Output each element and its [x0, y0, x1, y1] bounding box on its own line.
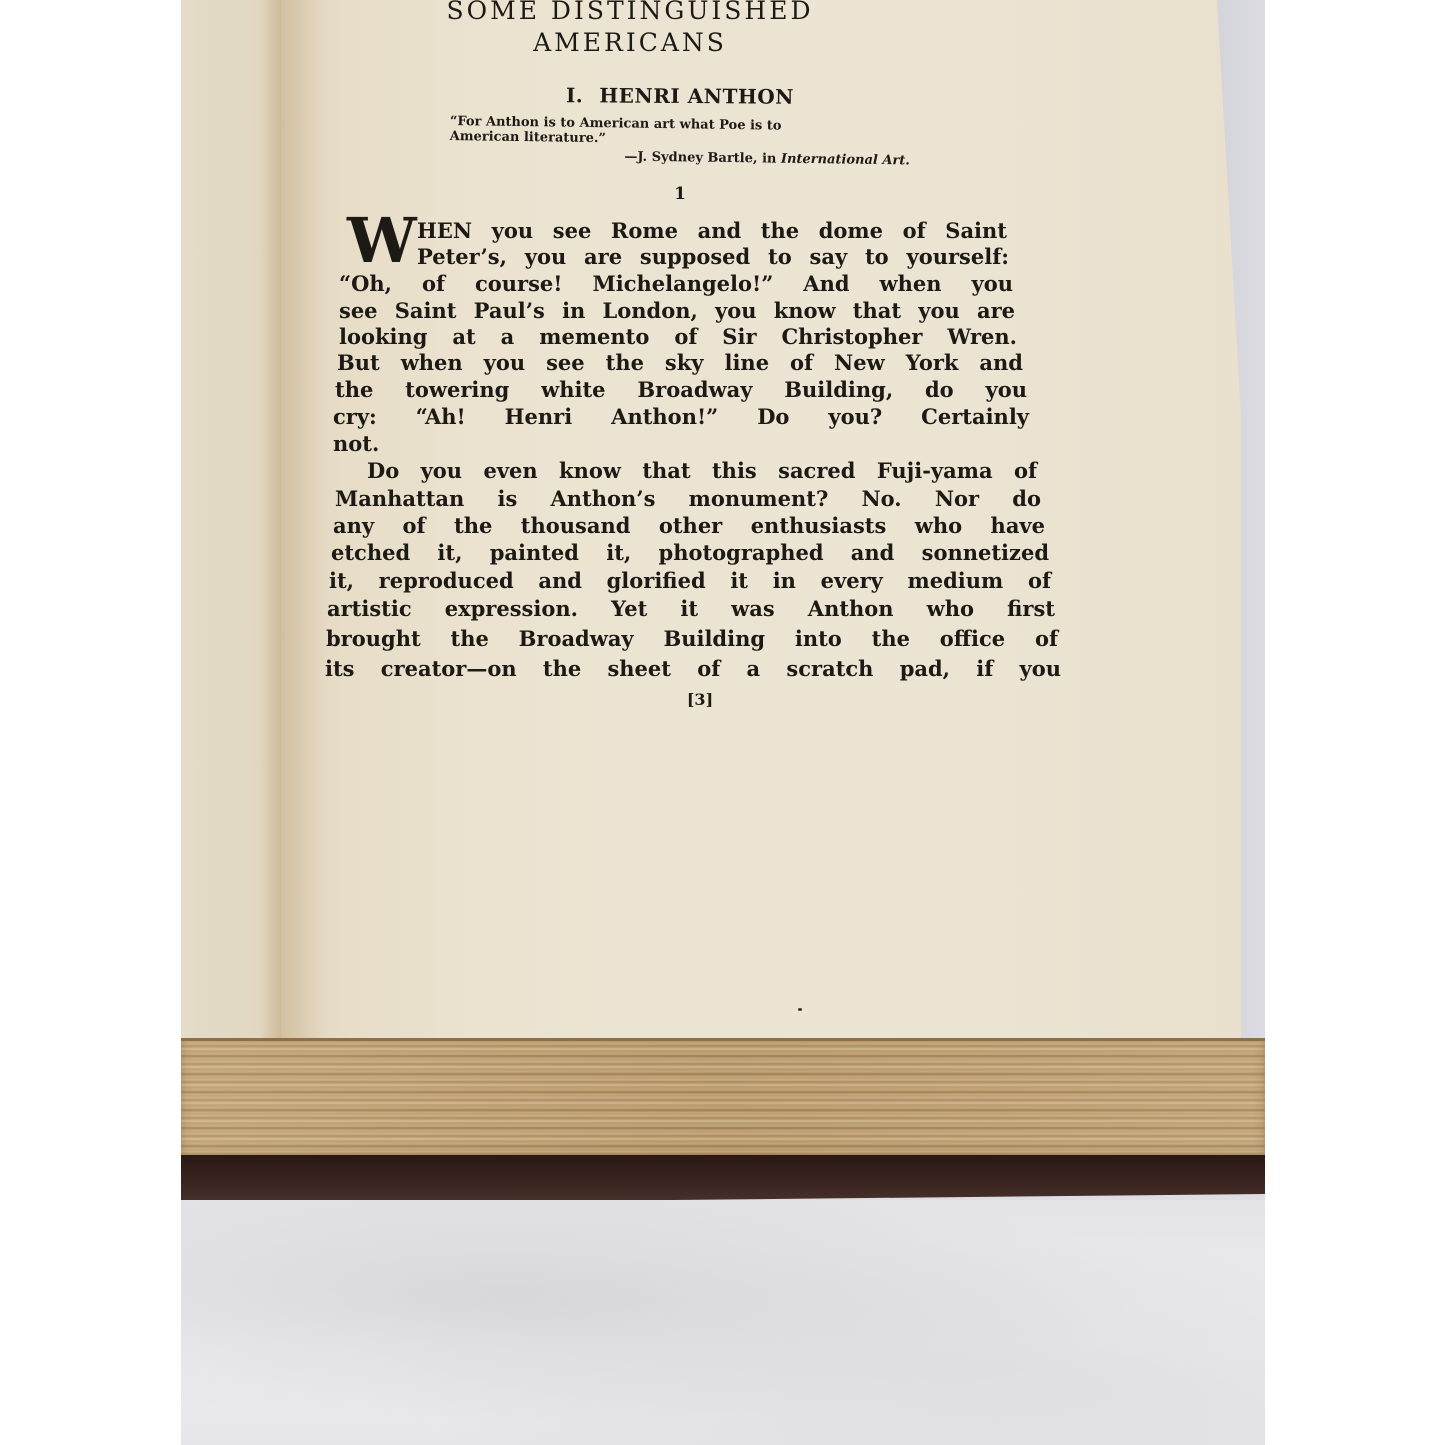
body-line: Manhattan is Anthon’s monument? No. Nor … — [335, 486, 1041, 511]
body-line: HEN you see Rome and the dome of Saint — [417, 218, 1007, 243]
cloth-background — [181, 1200, 1265, 1445]
body-line: it, reproduced and glorified it in every… — [329, 568, 1051, 593]
body-line: the towering white Broadway Building, do… — [335, 377, 1027, 402]
chapter-number: I. — [566, 83, 583, 107]
chapter-title: HENRI ANTHON — [599, 83, 794, 108]
facing-page — [181, 0, 291, 1040]
body-line: But when you see the sky line of New Yor… — [337, 350, 1023, 375]
body-line: looking at a memento of Sir Christopher … — [339, 324, 1017, 349]
page-number: [3] — [660, 690, 740, 709]
chapter-heading: I.HENRI ANTHON — [330, 82, 1030, 111]
body-line: Peter’s, you are supposed to say to your… — [417, 244, 1009, 269]
book-photo — [181, 0, 1265, 1445]
section-number: 1 — [660, 184, 700, 204]
epigraph-quote: “For Anthon is to American art what Poe … — [450, 114, 910, 150]
paper-speck — [798, 1008, 802, 1011]
body-line: any of the thousand other enthusiasts wh… — [333, 513, 1045, 538]
drop-cap: W — [347, 210, 417, 272]
body-line: see Saint Paul’s in London, you know tha… — [339, 298, 1015, 323]
body-line: cry: “Ah! Henri Anthon!” Do you? Certain… — [333, 404, 1029, 429]
body-line: brought the Broadway Building into the o… — [326, 626, 1058, 651]
attribution-source: International Art. — [781, 152, 910, 169]
running-title-line-2: AMERICANS — [250, 26, 1010, 60]
body-line: artistic expression. Yet it was Anthon w… — [327, 596, 1055, 621]
book-cover — [181, 1155, 1265, 1205]
running-title-line-1: SOME DISTINGUISHED — [250, 0, 1010, 28]
page-block-deckle-edges — [181, 1038, 1265, 1163]
body-line: not. — [333, 431, 379, 456]
attribution-author: —J. Sydney Bartle, in — [624, 149, 781, 166]
body-line: Do you even know that this sacred Fuji-y… — [367, 458, 1037, 483]
body-line: its creator—on the sheet of a scratch pa… — [325, 656, 1061, 681]
body-line: etched it, painted it, photographed and … — [331, 540, 1049, 565]
body-line: “Oh, of course! Michelangelo!” And when … — [339, 271, 1013, 296]
